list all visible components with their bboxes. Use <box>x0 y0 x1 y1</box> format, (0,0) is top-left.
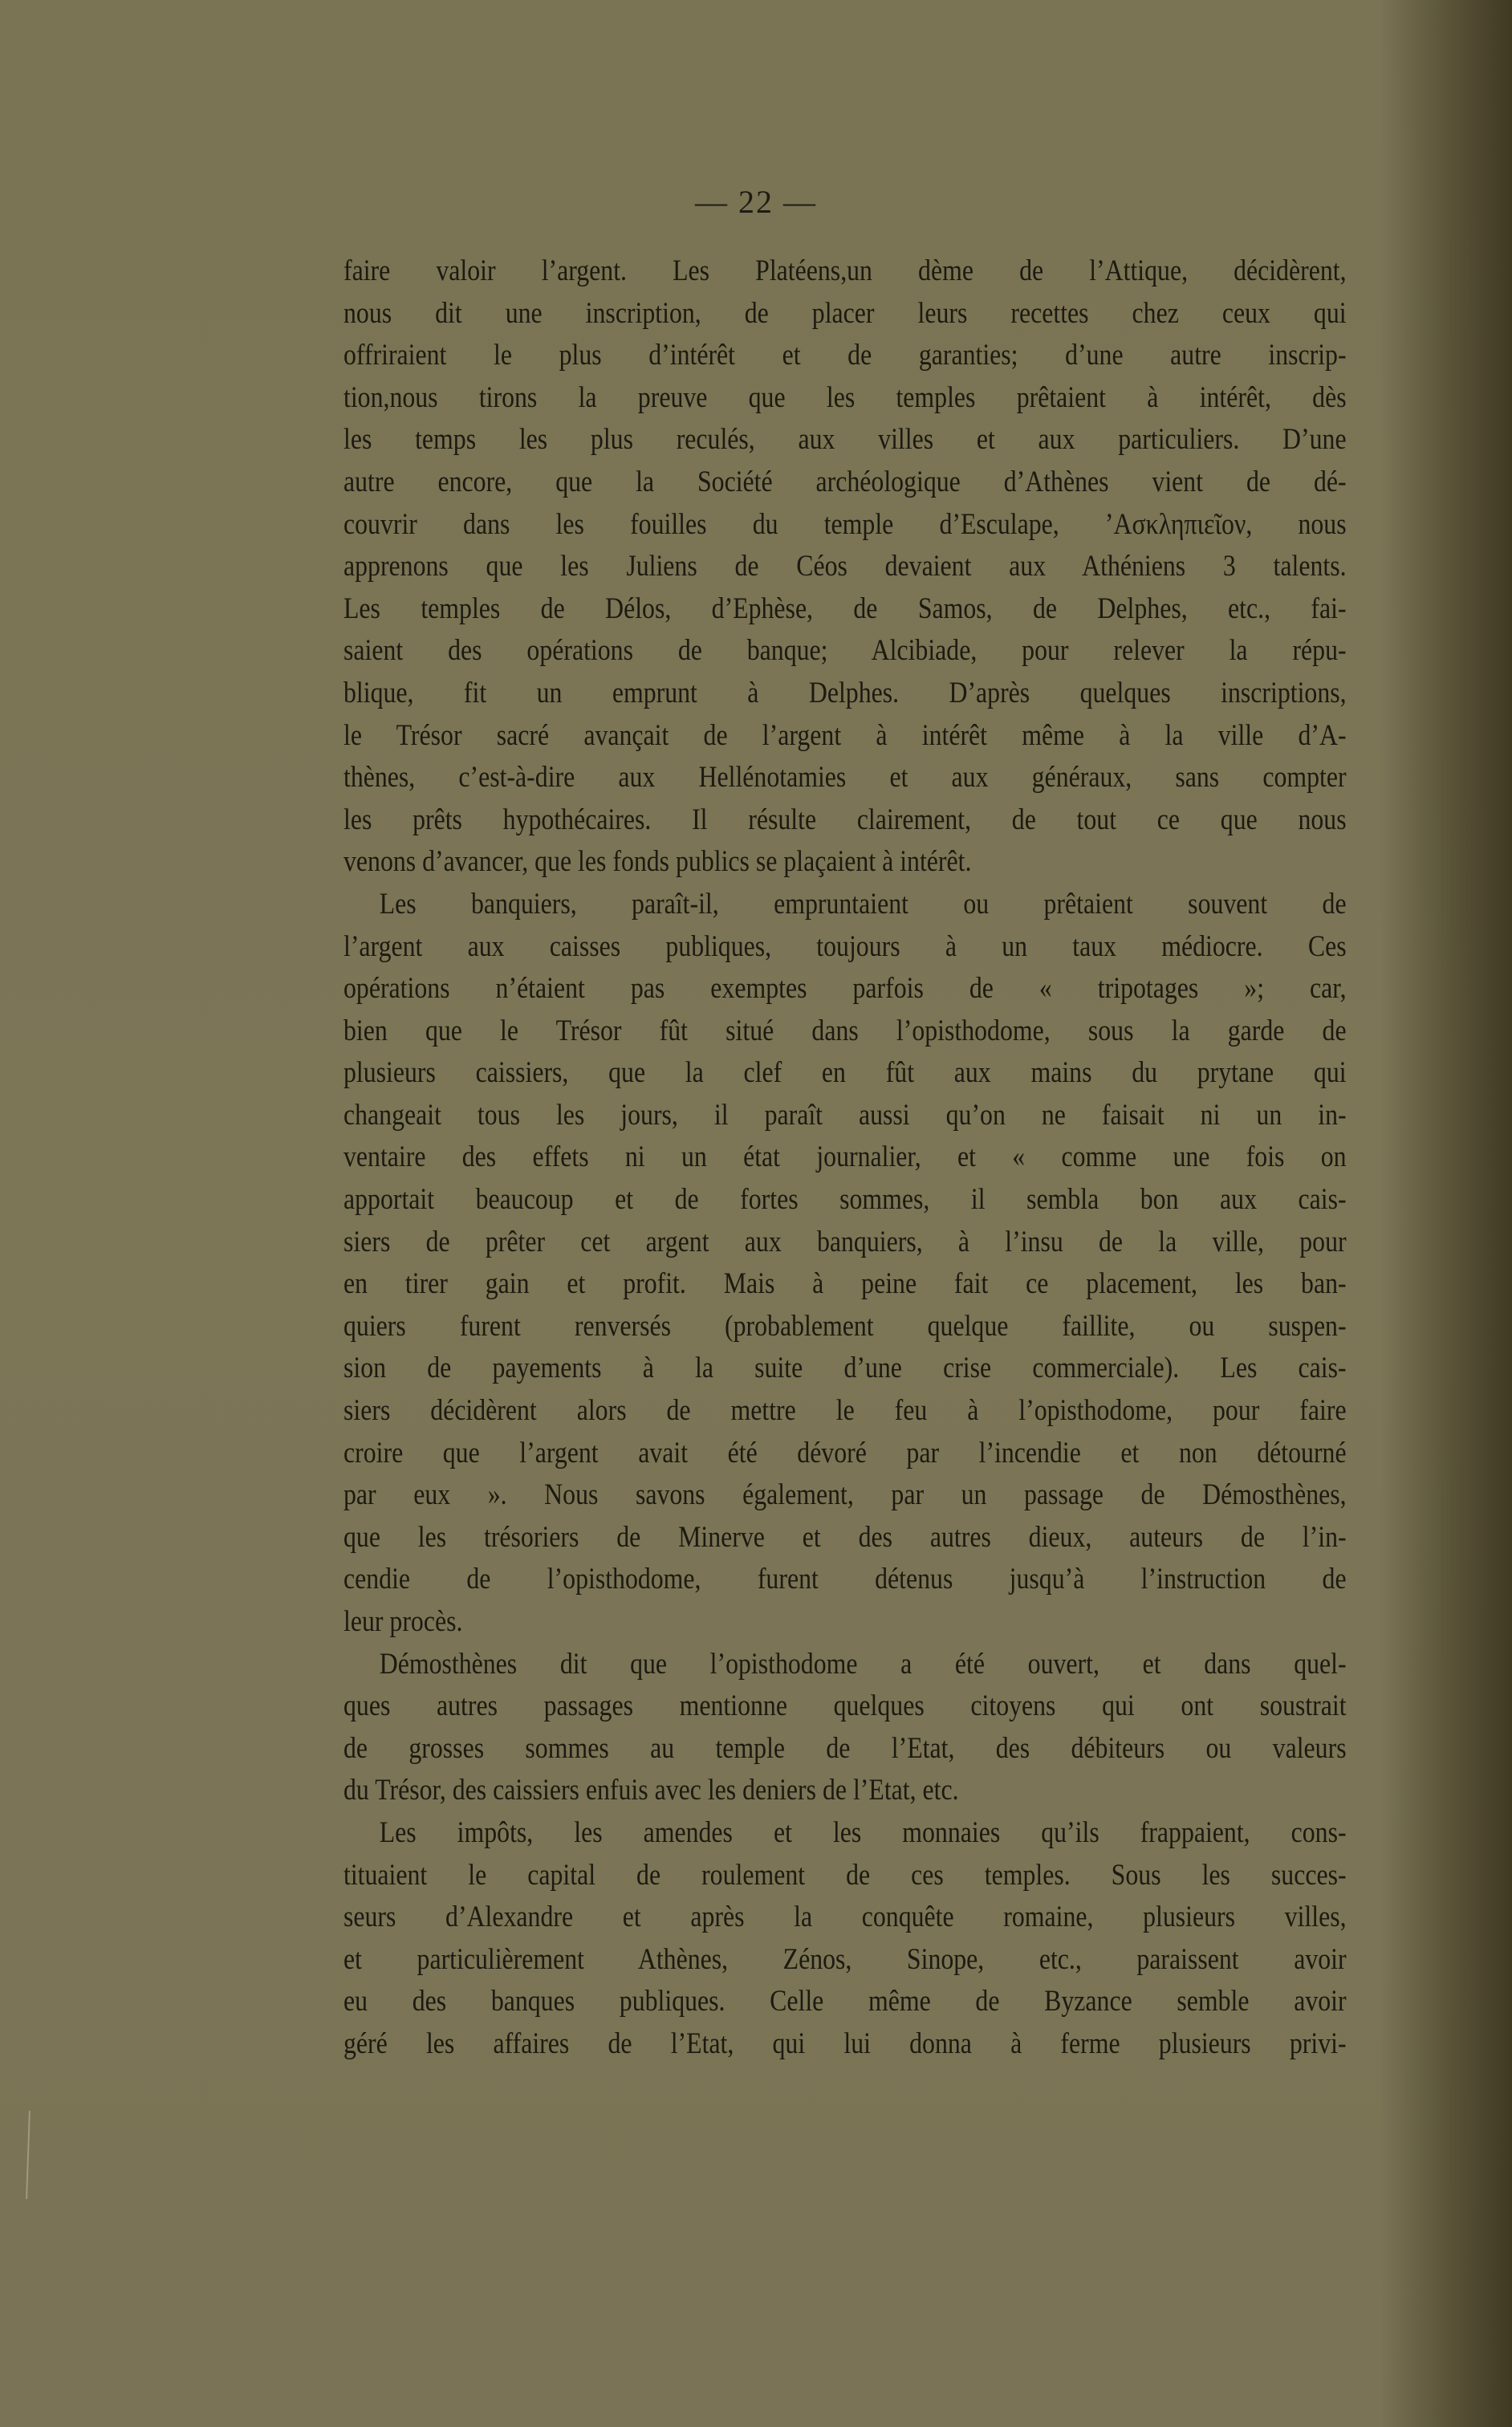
text-line: Les impôts, les amendes et les monnaies … <box>343 1812 1347 1855</box>
text-line: apportait beaucoup et de fortes sommes, … <box>343 1179 1347 1222</box>
text-line: le Trésor sacré avançait de l’argent à i… <box>343 715 1347 758</box>
text-line: et particulièrement Athènes, Zénos, Sino… <box>343 1939 1347 1982</box>
scanned-page: — 22 — faire valoir l’argent. Les Platée… <box>0 0 1512 2427</box>
text-line: sion de payements à la suite d’une crise… <box>343 1348 1347 1390</box>
paper-crease <box>26 2111 30 2199</box>
paragraph-4: Les impôts, les amendes et les monnaies … <box>343 1812 1347 2066</box>
text-line: autre encore, que la Société archéologiq… <box>343 461 1347 504</box>
text-line: saient des opérations de banque; Alcibia… <box>343 630 1347 673</box>
paragraph-2: Les banquiers, paraît-il, empruntaient o… <box>343 884 1347 1644</box>
text-line: apprenons que les Juliens de Céos devaie… <box>343 546 1347 588</box>
paragraph-3: Démosthènes dit que l’opisthodome a été … <box>343 1644 1347 1812</box>
text-line: ques autres passages mentionne quelques … <box>343 1685 1347 1728</box>
text-line: quiers furent renversés (probablement qu… <box>343 1306 1347 1348</box>
text-line: tituaient le capital de roulement de ces… <box>343 1855 1347 1897</box>
text-line: les temps les plus reculés, aux villes e… <box>343 419 1347 461</box>
text-line: changeait tous les jours, il paraît auss… <box>343 1095 1347 1137</box>
body-text: faire valoir l’argent. Les Platéens,un d… <box>343 250 1347 2066</box>
text-line: eu des banques publiques. Celle même de … <box>343 1981 1347 2023</box>
text-line: couvrir dans les fouilles du temple d’Es… <box>343 504 1347 547</box>
text-line: cendie de l’opisthodome, furent détenus … <box>343 1559 1347 1601</box>
text-line: nous dit une inscription, de placer leur… <box>343 293 1347 335</box>
text-line: par eux ». Nous savons également, par un… <box>343 1474 1347 1517</box>
text-line: seurs d’Alexandre et après la conquête r… <box>343 1896 1347 1939</box>
text-line: offriraient le plus d’intérêt et de gara… <box>343 335 1347 377</box>
text-line: tion,nous tirons la preuve que les templ… <box>343 377 1347 420</box>
text-line: les prêts hypothécaires. Il résulte clai… <box>343 799 1347 842</box>
page-number: — 22 — <box>0 183 1512 221</box>
text-line: que les trésoriers de Minerve et des aut… <box>343 1517 1347 1559</box>
text-line: géré les affaires de l’Etat, qui lui don… <box>343 2023 1347 2066</box>
text-line: venons d’avancer, que les fonds publics … <box>343 841 1347 884</box>
text-line: l’argent aux caisses publiques, toujours… <box>343 926 1347 969</box>
text-line: Les temples de Délos, d’Ephèse, de Samos… <box>343 588 1347 631</box>
text-line: siers décidèrent alors de mettre le feu … <box>343 1390 1347 1433</box>
text-line: blique, fit un emprunt à Delphes. D’aprè… <box>343 673 1347 715</box>
text-line: croire que l’argent avait été dévoré par… <box>343 1433 1347 1475</box>
text-line: thènes, c’est-à-dire aux Hellénotamies e… <box>343 757 1347 799</box>
text-line: du Trésor, des caissiers enfuis avec les… <box>343 1770 1347 1812</box>
text-line: Les banquiers, paraît-il, empruntaient o… <box>343 884 1347 926</box>
text-line: ventaire des effets ni un état journalie… <box>343 1136 1347 1179</box>
text-line: de grosses sommes au temple de l’Etat, d… <box>343 1728 1347 1770</box>
text-line: leur procès. <box>343 1601 1347 1644</box>
text-line: faire valoir l’argent. Les Platéens,un d… <box>343 250 1347 293</box>
text-line: en tirer gain et profit. Mais à peine fa… <box>343 1263 1347 1306</box>
text-line: siers de prêter cet argent aux banquiers… <box>343 1222 1347 1264</box>
paragraph-1: faire valoir l’argent. Les Platéens,un d… <box>343 250 1347 884</box>
text-line: opérations n’étaient pas exemptes parfoi… <box>343 968 1347 1010</box>
text-line: Démosthènes dit que l’opisthodome a été … <box>343 1644 1347 1686</box>
text-line: plusieurs caissiers, que la clef en fût … <box>343 1052 1347 1095</box>
text-line: bien que le Trésor fût situé dans l’opis… <box>343 1010 1347 1053</box>
